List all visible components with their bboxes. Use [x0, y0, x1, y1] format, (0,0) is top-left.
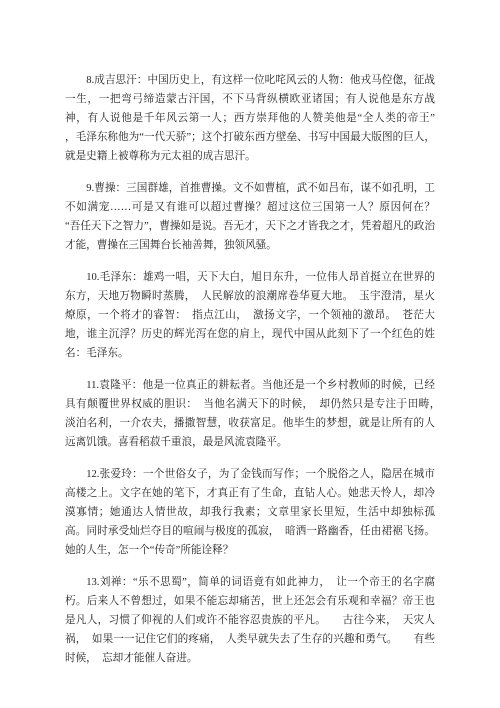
paragraph-12-zhangailing: 12.张爱玲：一个世俗女子，为了金钱而写作；一个脱俗之人，隐居在城市高楼之上。文…	[65, 465, 435, 560]
paragraph-9-caocao: 9.曹操：三国群雄，首推曹操。文不如曹植，武不如吕布，谋不如孔明，工不如满宠………	[65, 179, 435, 255]
text-content: 8.成吉思汗：中国历史上，有这样一位叱咤风云的人物：他戎马倥偬，征战一生，一把弯…	[65, 71, 435, 668]
paragraph-11-yuanlongping: 11.袁隆平：他是一位真正的耕耘者。当他还是一个乡村教师的时候，已经具有颠覆世界…	[65, 376, 435, 452]
paragraph-8-chengjisihan: 8.成吉思汗：中国历史上，有这样一位叱咤风云的人物：他戎马倥偬，征战一生，一把弯…	[65, 71, 435, 166]
document-page: 8.成吉思汗：中国历史上，有这样一位叱咤风云的人物：他戎马倥偬，征战一生，一把弯…	[0, 0, 500, 708]
paragraph-13-liushan: 13.刘禅：“乐不思蜀”，简单的词语竟有如此神力， 让一个帝王的名字腐朽。后来人…	[65, 573, 435, 668]
paragraph-10-maozedong: 10.毛泽东：雄鸡一唱，天下大白，旭日东升，一位伟人昂首挺立在世界的东方，天地万…	[65, 268, 435, 363]
